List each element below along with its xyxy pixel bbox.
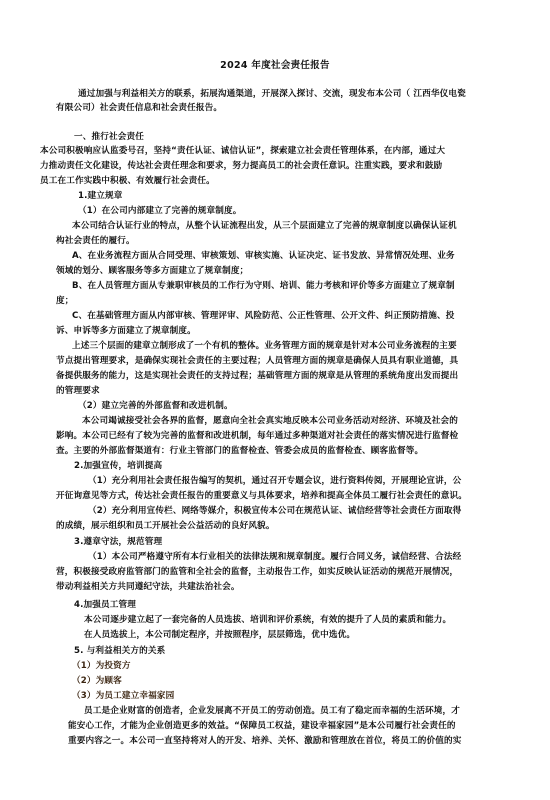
paragraph-line: 本公司积极响应认监委号召，坚持“责任认证、诚信认证”，探索建立社会责任管理体系，… (40, 145, 445, 157)
section-heading-1: 一、推行社会责任 (74, 131, 144, 143)
subsection-item: （2）建立完善的外部监督和改进机制。 (78, 400, 233, 412)
paragraph-line: 力推动责任文化建设，传达社会责任理念和要求，努力提高员工的社会责任意识。注重实践… (40, 160, 442, 172)
paragraph-line: （1）充分利用社会责任报告编写的契机，通过召开专题会议，进行资料传阅，开展理论宣… (88, 475, 461, 487)
paragraph-line: 构社会责任的履行。 (56, 235, 135, 247)
paragraph-line: 的管理要求 (56, 385, 100, 397)
paragraph-line: 营，积极接受政府监管部门的监管和全社会的监督，主动报告工作，如实反映认证活动的规… (56, 566, 458, 578)
relation-item-customers: （2）为顾客 (72, 675, 122, 687)
paragraph-line: 本公司竭诚接受社会各界的监督，愿意向全社会真实地反映本公司业务活动对经济、环境及… (82, 415, 458, 427)
paragraph-line: 影响。本公司已经有了较为完善的监督和改进机制，每年通过多种渠道对社会责任的落实情… (56, 430, 458, 442)
list-item-a-cont: 领域的划分、顾客服务等多方面建立了规章制度； (56, 265, 248, 277)
paragraph-line: 查。主要的外部监督渠道有：行业主管部门的监督检查、管委会成员的监督检查、顾客监督… (56, 445, 423, 457)
list-item-c-cont: 诉、申诉等多方面建立了规章制度。 (56, 325, 196, 337)
list-item-c: C、在基础管理方面从内部审核、管理评审、风险防范、公正性管理、公开文件、纠正预防… (72, 310, 454, 322)
paragraph-line: 在人员选拔上，本公司制定程序，并按照程序，层层筛选，优中选优。 (84, 629, 355, 641)
subsection-heading-3: 3.遵章守法，规范管理 (74, 536, 162, 548)
subsection-heading-1: 1.建立规章 (78, 190, 123, 202)
paragraph-line: 重要内容之一。本公司一直坚持将对人的开发、培养、关怀、激励和管理放在首位，将员工… (68, 735, 461, 747)
subsection-heading-5: 5. 与利益相关方的关系 (74, 645, 165, 657)
intro-line-1: 通过加强与利益相关方的联系，拓展沟通渠道，开展深入探讨、交流，现发布本公司（ 江… (78, 88, 466, 100)
paragraph-line: 上述三个层面的建章立制形成了一个有机的整体。业务管理方面的规章是针对本公司业务流… (72, 340, 457, 352)
list-item-b-cont: 度； (56, 295, 74, 307)
paragraph-line: 员工在工作实践中积极、有效履行社会责任。 (40, 175, 215, 187)
paragraph-line: 本公司结合认证行业的特点，从整个认证流程出发，从三个层面建立了完善的规章制度以确… (72, 220, 457, 232)
paragraph-line: 带动利益相关方共同遵纪守法，共建法治社会。 (56, 581, 240, 593)
paragraph-line: 节点提出管理要求，是确保实现社会责任的主要过程；人员管理方面的规章是确保人员具有… (56, 355, 458, 367)
paragraph-line: （1）本公司严格遵守所有本行业相关的法律法规和规章制度。履行合同义务，诚信经营、… (88, 551, 461, 563)
paragraph-line: 备提供服务的能力，这是实现社会责任的支持过程；基础管理方面的规章是从管理的系统角… (56, 370, 458, 382)
subsection-item: （1）在公司内部建立了完善的规章制度。 (78, 205, 242, 217)
paragraph-line: 能安心工作，才能为企业创造更多的效益。“保障员工权益，建设幸福家园”是本公司履行… (68, 720, 456, 732)
intro-line-2: 有限公司）社会责任信息和社会责任报告。 (56, 102, 222, 114)
paragraph-line: 本公司逐步建立起了一套完备的人员选拔、培训和评价系统，有效的提升了人员的素质和能… (84, 614, 451, 626)
subsection-heading-4: 4.加强员工管理 (74, 599, 136, 611)
list-item-a: A、在业务流程方面从合同受理、审核策划、审核实施、认证决定、证书发放、异常情况处… (72, 250, 455, 262)
document-title: 2024 年度社会责任报告 (0, 57, 550, 71)
relation-item-investors: （1）为投资方 (72, 660, 131, 672)
relation-item-employees: （3）为员工建立幸福家园 (72, 690, 174, 702)
paragraph-line: 的成绩，展示组织和员工开展社会公益活动的良好风貌。 (56, 520, 275, 532)
paragraph-line: 员工是企业财富的创造者，企业发展离不开员工的劳动创造。员工有了稳定而幸福的生活环… (84, 705, 460, 717)
document-page: 2024 年度社会责任报告 通过加强与利益相关方的联系，拓展沟通渠道，开展深入探… (0, 0, 550, 800)
subsection-heading-2: 2.加强宣传，培训提高 (74, 460, 162, 472)
list-item-b: B、在人员管理方面从专兼职审核员的工作行为守则、培训、能力考核和评价等多方面建立… (72, 280, 455, 292)
paragraph-line: 开征询意见等方式，传达社会责任报告的重要意义与具体要求，培养和提高全体员工履行社… (56, 490, 467, 502)
paragraph-line: （2）充分利用宣传栏、网络等媒介，积极宣传本公司在规范认证、诚信经营等社会责任方… (88, 505, 461, 517)
